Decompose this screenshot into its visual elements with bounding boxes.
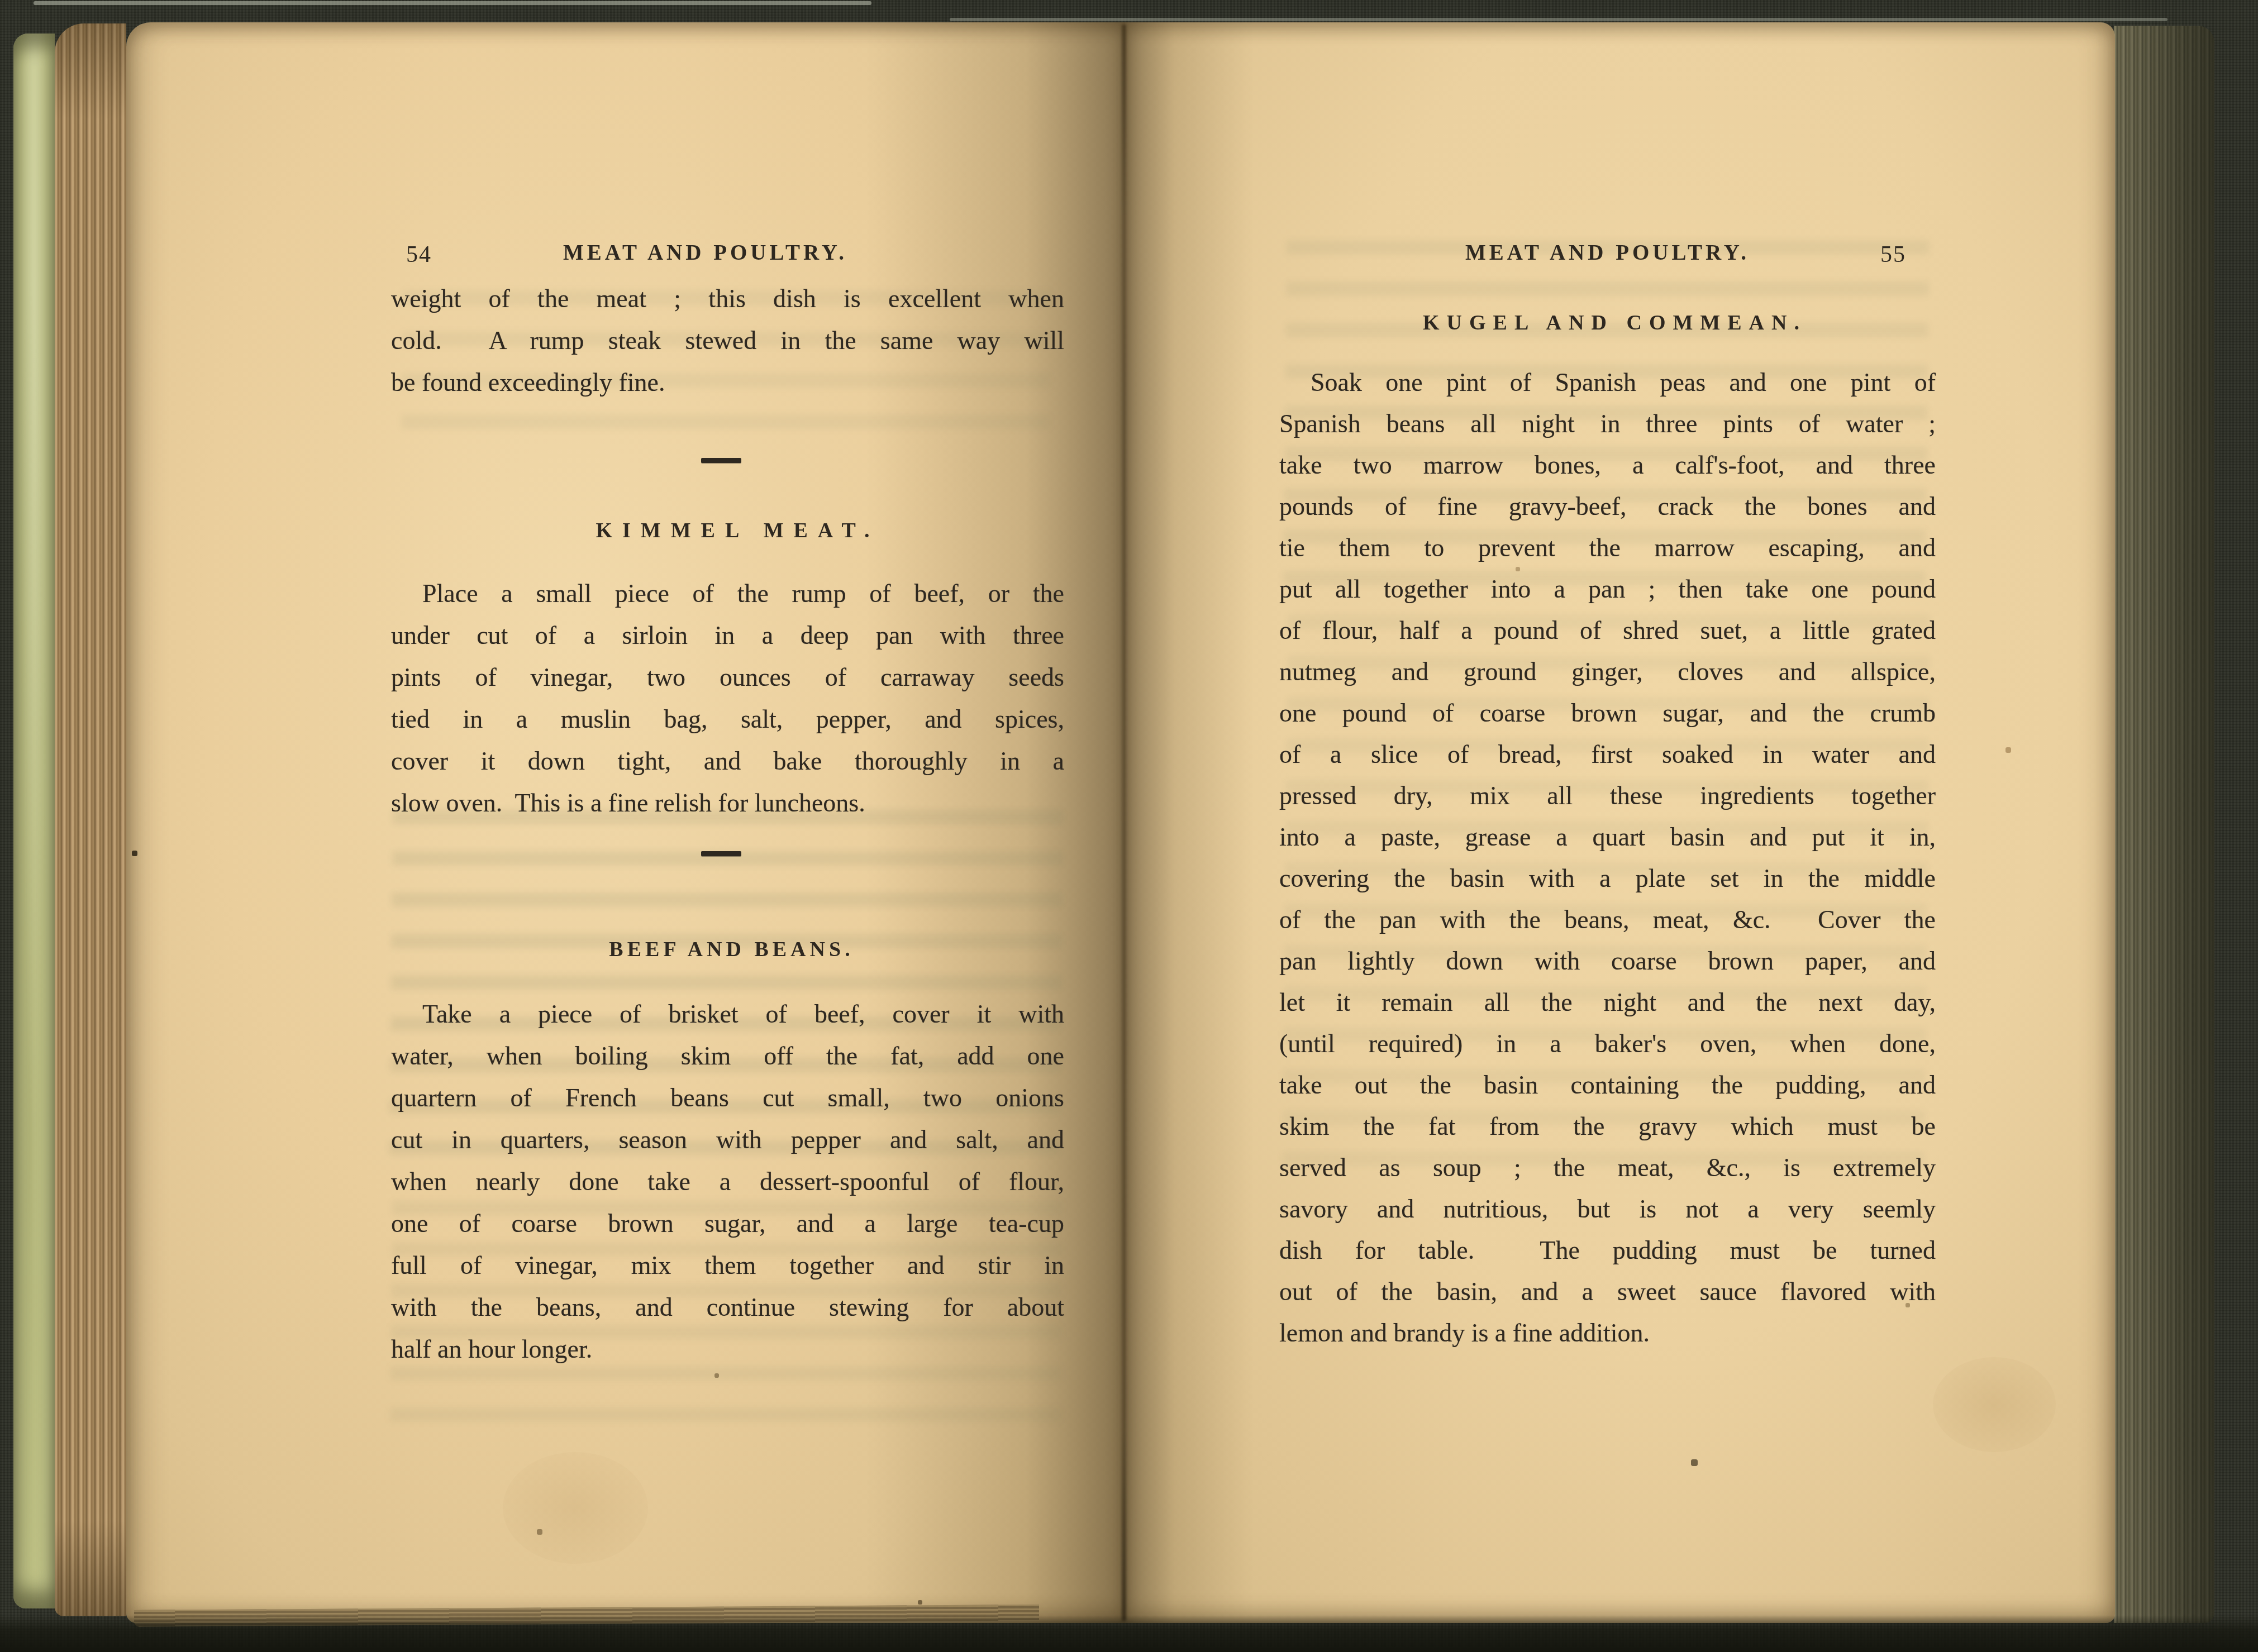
- text-line: dish for table. The pudding must be turn…: [1279, 1230, 1936, 1271]
- text-line: Take a piece of brisket of beef, cover i…: [391, 993, 1064, 1035]
- text-line: under cut of a sirloin in a deep pan wit…: [391, 614, 1064, 656]
- text-line: cut in quarters, season with pepper and …: [391, 1119, 1064, 1161]
- text-line: pounds of fine gravy-beef, crack the bon…: [1279, 486, 1936, 527]
- page-top-glint: [950, 18, 2168, 21]
- text-line: be found exceedingly fine.: [391, 361, 1064, 403]
- text-line: quartern of French beans cut small, two …: [391, 1077, 1064, 1119]
- text-line: pressed dry, mix all these ingredients t…: [1279, 775, 1936, 817]
- text-line: full of vinegar, mix them together and s…: [391, 1244, 1064, 1286]
- text-line: one pound of coarse brown sugar, and the…: [1279, 693, 1936, 734]
- text-line: cold. A rump steak stewed in the same wa…: [391, 319, 1064, 361]
- text-line: Soak one pint of Spanish peas and one pi…: [1279, 362, 1936, 403]
- paragraph: Place a small piece of the rump of beef,…: [391, 572, 1064, 824]
- page-edges-left: [55, 23, 126, 1616]
- paragraph: Soak one pint of Spanish peas and one pi…: [1279, 362, 1936, 1354]
- flyleaf-green: [13, 34, 55, 1608]
- text-line: lemon and brandy is a fine addition.: [1279, 1312, 1936, 1354]
- scanner-glint-top-left: [34, 1, 871, 5]
- text-line: half an hour longer.: [391, 1328, 1064, 1370]
- book-scan: 54 MEAT AND POULTRY. weight of the meat …: [0, 0, 2258, 1652]
- recipe-heading-kugel-and-commean: KUGEL AND COMMEAN.: [1279, 311, 1943, 335]
- text-line: cover it down tight, and bake thoroughly…: [391, 740, 1064, 782]
- recipe-heading-beef-and-beans: BEEF AND BEANS.: [391, 937, 1068, 962]
- foxing-stain: [503, 1452, 648, 1564]
- text-line: weight of the meat ; this dish is excell…: [391, 278, 1064, 319]
- running-header-right: MEAT AND POULTRY.: [1279, 240, 1936, 265]
- paragraph: weight of the meat ; this dish is excell…: [391, 278, 1064, 403]
- text-line: take two marrow bones, a calf's-foot, an…: [1279, 445, 1936, 486]
- section-rule: [701, 458, 741, 463]
- recipe-heading-kimmel-meat: KIMMEL MEAT.: [391, 518, 1074, 543]
- text-line: pan lightly down with coarse brown paper…: [1279, 940, 1936, 982]
- page-number-right: 55: [1880, 241, 1906, 268]
- text-line: out of the basin, and a sweet sauce flav…: [1279, 1271, 1936, 1312]
- text-line: tie them to prevent the marrow escaping,…: [1279, 527, 1936, 569]
- text-line: of flour, half a pound of shred suet, a …: [1279, 610, 1936, 651]
- text-line: one of coarse brown sugar, and a large t…: [391, 1202, 1064, 1244]
- text-line: nutmeg and ground ginger, cloves and all…: [1279, 651, 1936, 693]
- text-line: pints of vinegar, two ounces of carraway…: [391, 656, 1064, 698]
- text-line: with the beans, and continue stewing for…: [391, 1286, 1064, 1328]
- text-line: savory and nutritious, but is not a very…: [1279, 1188, 1936, 1230]
- text-line: let it remain all the night and the next…: [1279, 982, 1936, 1023]
- text-line: slow oven. This is a fine relish for lun…: [391, 782, 1064, 824]
- page-edges-right: [2114, 26, 2214, 1623]
- gutter-crease: [1122, 25, 1126, 1621]
- text-line: Place a small piece of the rump of beef,…: [391, 572, 1064, 614]
- text-line: when nearly done take a dessert-spoonful…: [391, 1161, 1064, 1202]
- ink-specks: [0, 0, 1, 1]
- section-rule: [701, 851, 741, 856]
- text-line: of the pan with the beans, meat, &c. Cov…: [1279, 899, 1936, 940]
- text-line: Spanish beans all night in three pints o…: [1279, 403, 1936, 445]
- text-line: tied in a muslin bag, salt, pepper, and …: [391, 698, 1064, 740]
- text-line: of a slice of bread, first soaked in wat…: [1279, 734, 1936, 775]
- running-header-left: MEAT AND POULTRY.: [369, 240, 1042, 265]
- text-line: (until required) in a baker's oven, when…: [1279, 1023, 1936, 1064]
- bottom-cover-shadow: [0, 1615, 2258, 1652]
- text-line: into a paste, grease a quart basin and p…: [1279, 817, 1936, 858]
- paragraph: Take a piece of brisket of beef, cover i…: [391, 993, 1064, 1370]
- foxing-stain: [1933, 1357, 2056, 1452]
- text-line: put all together into a pan ; then take …: [1279, 569, 1936, 610]
- text-line: take out the basin containing the puddin…: [1279, 1064, 1936, 1106]
- text-line: covering the basin with a plate set in t…: [1279, 858, 1936, 899]
- text-line: served as soup ; the meat, &c., is extre…: [1279, 1147, 1936, 1188]
- text-line: water, when boiling skim off the fat, ad…: [391, 1035, 1064, 1077]
- text-line: skim the fat from the gravy which must b…: [1279, 1106, 1936, 1147]
